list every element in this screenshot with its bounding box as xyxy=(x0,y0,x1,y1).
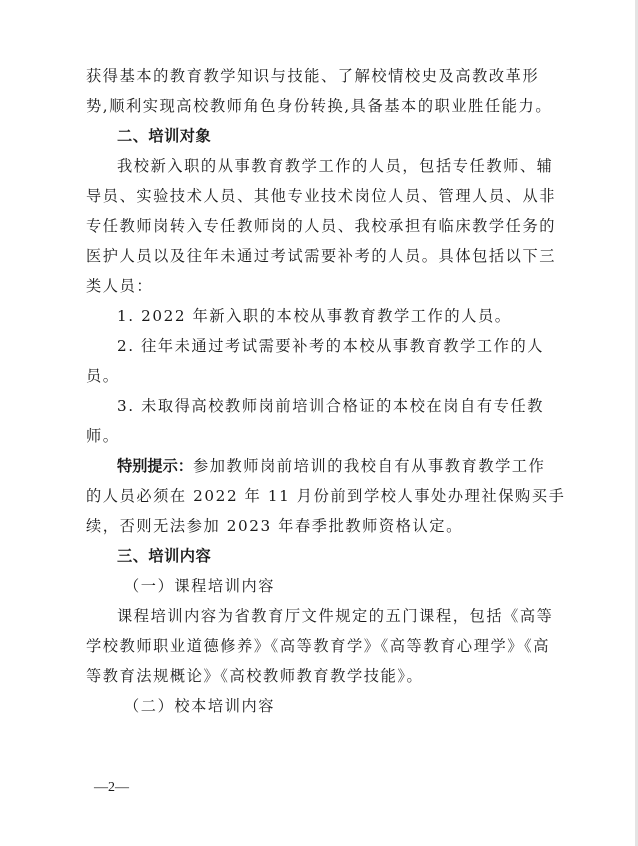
list-item-2-continuation: 员。 xyxy=(86,361,554,391)
list-item-3-continuation: 师。 xyxy=(86,421,554,451)
subheading-school-training: （二）校本培训内容 xyxy=(86,691,554,721)
notice-line: 的人员必须在 2022 年 11 月份前到学校人事处办理社保购买手 xyxy=(86,481,554,511)
list-item-1: 1. 2022 年新入职的本校从事教育教学工作的人员。 xyxy=(86,301,554,331)
notice-label: 特别提示： xyxy=(117,457,193,475)
paragraph-line: 导员、实验技术人员、其他专业技术岗位人员、管理人员、从非 xyxy=(86,181,554,211)
paragraph-line: 等教育法规概论》《高校教师教育教学技能》。 xyxy=(86,661,554,691)
notice-line: 续，否则无法参加 2023 年春季批教师资格认定。 xyxy=(86,511,554,541)
document-body: 获得基本的教育教学知识与技能、了解校情校史及高教改革形 势,顺利实现高校教师角色… xyxy=(86,61,554,721)
paragraph-line: 学校教师职业道德修养》《高等教育学》《高等教育心理学》《高 xyxy=(86,631,554,661)
paragraph-line: 类人员： xyxy=(86,271,554,301)
list-item-2: 2. 往年未通过考试需要补考的本校从事教育教学工作的人 xyxy=(86,331,554,361)
notice-text: 参加教师岗前培训的我校自有从事教育教学工作 xyxy=(193,457,546,475)
list-item-3: 3. 未取得高校教师岗前培训合格证的本校在岗自有专任教 xyxy=(86,391,554,421)
section-heading-training-content: 三、培训内容 xyxy=(86,541,554,571)
paragraph-line: 我校新入职的从事教育教学工作的人员，包括专任教师、辅 xyxy=(86,151,554,181)
paragraph-line: 专任教师岗转入专任教师岗的人员、我校承担有临床教学任务的 xyxy=(86,211,554,241)
paragraph-line: 获得基本的教育教学知识与技能、了解校情校史及高教改革形 xyxy=(86,61,554,91)
paragraph-line: 势,顺利实现高校教师角色身份转换,具备基本的职业胜任能力。 xyxy=(86,91,554,121)
section-heading-training-targets: 二、培训对象 xyxy=(86,121,554,151)
document-page: 获得基本的教育教学知识与技能、了解校情校史及高教改革形 势,顺利实现高校教师角色… xyxy=(0,0,635,846)
notice-line: 特别提示：参加教师岗前培训的我校自有从事教育教学工作 xyxy=(86,451,554,481)
page-number: —2— xyxy=(94,780,129,796)
paragraph-line: 课程培训内容为省教育厅文件规定的五门课程，包括《高等 xyxy=(86,601,554,631)
paragraph-line: 医护人员以及往年未通过考试需要补考的人员。具体包括以下三 xyxy=(86,241,554,271)
subheading-course-training: （一）课程培训内容 xyxy=(86,571,554,601)
